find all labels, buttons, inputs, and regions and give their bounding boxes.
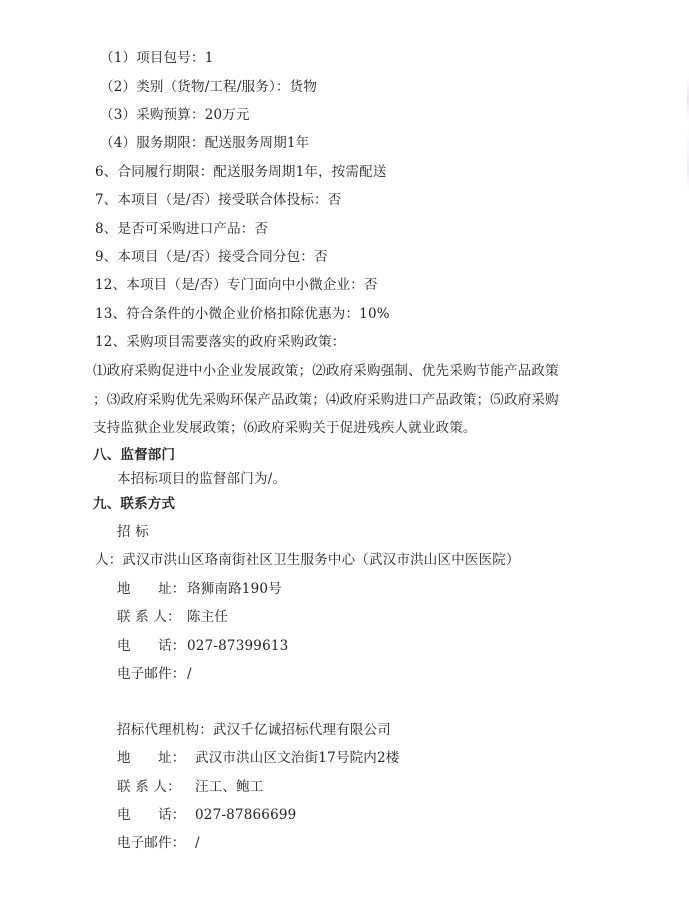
policy-line-2: ；⑶政府采购优先采购环保产品政策；⑷政府采购进口产品政策；⑸政府采购 bbox=[93, 391, 559, 409]
item-import-products: 8、是否可采购进口产品：否 bbox=[95, 220, 268, 238]
item-price-deduction: 13、符合条件的小微企业价格扣除优惠为：10% bbox=[95, 305, 390, 323]
tenderer-address-row: 地 址：珞狮南路190号 bbox=[117, 580, 282, 598]
item-sme-only: 12、本项目（是/否）专门面向中小微企业：否 bbox=[95, 276, 378, 294]
section-heading-contact: 九、联系方式 bbox=[93, 495, 175, 513]
agency-email-value: / bbox=[195, 835, 200, 851]
package-item-category: （2）类别（货物/工程/服务）：货物 bbox=[100, 78, 317, 96]
tenderer-email-row: 电子邮件：/ bbox=[117, 665, 192, 683]
item-consortium-bid: 7、本项目（是/否）接受联合体投标：否 bbox=[95, 191, 341, 209]
agency-name: 招标代理机构：武汉千亿诚招标代理有限公司 bbox=[117, 721, 391, 739]
tenderer-phone-row: 电 话：027-87399613 bbox=[117, 637, 288, 655]
package-item-number: （1）项目包号：1 bbox=[100, 49, 213, 67]
agency-phone-value: 027-87866699 bbox=[195, 807, 296, 823]
agency-address-value: 武汉市洪山区文治街17号院内2楼 bbox=[195, 750, 399, 766]
tenderer-email-value: / bbox=[187, 666, 192, 682]
tenderer-contact-row: 联 系 人：陈主任 bbox=[117, 608, 228, 626]
package-item-budget: （3）采购预算：20万元 bbox=[100, 106, 250, 124]
agency-contact-row: 联 系 人：汪工、鲍工 bbox=[117, 778, 264, 796]
tenderer-phone-value: 027-87399613 bbox=[187, 638, 288, 654]
agency-address-row: 地 址：武汉市洪山区文治街17号院内2楼 bbox=[117, 749, 399, 767]
tenderer-contact-value: 陈主任 bbox=[187, 609, 228, 625]
policy-line-3: 支持监狱企业发展政策；⑹政府采购关于促进残疾人就业政策。 bbox=[93, 419, 477, 437]
section-heading-supervision: 八、监督部门 bbox=[93, 446, 175, 464]
supervision-body: 本招标项目的监督部门为/。 bbox=[117, 470, 286, 488]
item-subcontract: 9、本项目（是/否）接受合同分包：否 bbox=[95, 248, 328, 266]
agency-phone-label: 电 话： bbox=[117, 806, 195, 824]
item-procurement-policies: 12、采购项目需要落实的政府采购政策： bbox=[95, 333, 345, 351]
agency-email-label: 电子邮件： bbox=[117, 834, 195, 852]
tenderer-label: 招 标 bbox=[117, 523, 149, 541]
agency-contact-value: 汪工、鲍工 bbox=[195, 779, 264, 795]
tenderer-contact-label: 联 系 人： bbox=[117, 608, 187, 626]
item-contract-period: 6、合同履行期限：配送服务周期1年，按需配送 bbox=[95, 163, 387, 181]
agency-contact-label: 联 系 人： bbox=[117, 778, 195, 796]
tenderer-name: 人：武汉市洪山区珞南街社区卫生服务中心（武汉市洪山区中医医院） bbox=[95, 551, 520, 569]
agency-phone-row: 电 话：027-87866699 bbox=[117, 806, 296, 824]
tenderer-phone-label: 电 话： bbox=[117, 637, 187, 655]
package-item-service-period: （4）服务期限：配送服务周期1年 bbox=[100, 134, 309, 152]
tenderer-address-label: 地 址： bbox=[117, 580, 187, 598]
document-page: （1）项目包号：1 （2）类别（货物/工程/服务）：货物 （3）采购预算：20万… bbox=[0, 0, 689, 914]
tenderer-address-value: 珞狮南路190号 bbox=[187, 581, 282, 597]
tenderer-email-label: 电子邮件： bbox=[117, 665, 187, 683]
agency-address-label: 地 址： bbox=[117, 749, 195, 767]
policy-line-1: ⑴政府采购促进中小企业发展政策；⑵政府采购强制、优先采购节能产品政策 bbox=[93, 362, 559, 380]
agency-email-row: 电子邮件：/ bbox=[117, 834, 200, 852]
